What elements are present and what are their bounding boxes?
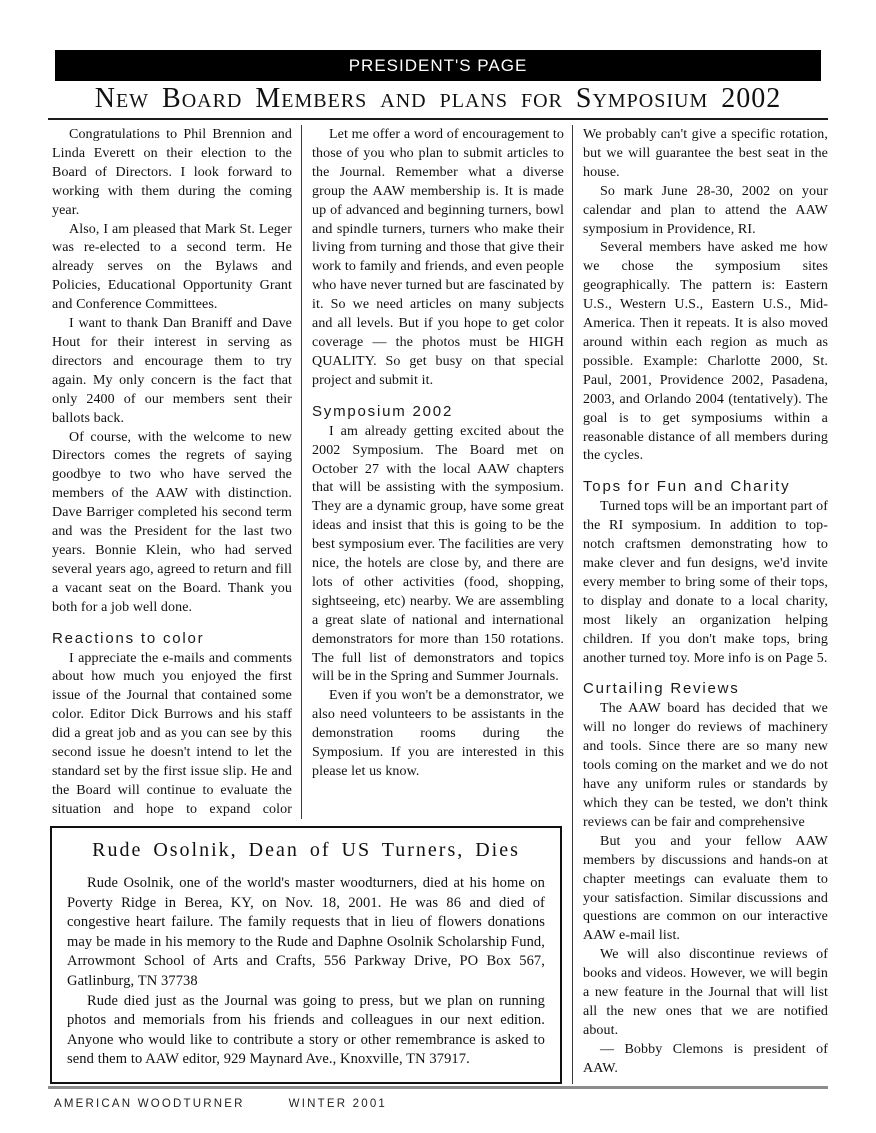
paragraph: But you and your fellow AAW members by d… [583,833,828,946]
paragraph: Even if you won't be a demonstrator, we … [312,687,564,782]
left-region: Congratulations to Phil Brennion and Lin… [48,125,572,1084]
paragraph: Of course, with the welcome to new Direc… [52,429,292,618]
paragraph: Several members have asked me how we cho… [583,239,828,466]
paragraph: Turned tops will be an important part of… [583,498,828,668]
issue-name: WINTER 2001 [289,1098,387,1110]
paragraph: Also, I am pleased that Mark St. Leger w… [52,221,292,316]
author-byline: — Bobby Clemons is president of AAW. [583,1041,828,1079]
paragraph: So mark June 28-30, 2002 on your calenda… [583,183,828,240]
presidents-page-banner: PRESIDENT'S PAGE [55,50,821,81]
paragraph: I appreciate the e-mails and comments ab… [52,650,292,819]
paragraph: Let me offer a word of encouragement to … [312,126,564,391]
section-heading-curtailing-reviews: Curtailing Reviews [583,680,828,697]
column-3: We probably can't give a specific rotati… [572,125,828,1084]
obituary-title: Rude Osolnik, Dean of US Turners, Dies [67,839,545,862]
paragraph: The AAW board has decided that we will n… [583,700,828,832]
section-heading-reactions-to-color: Reactions to color [52,630,292,647]
column-2: Let me offer a word of encouragement to … [302,125,572,819]
banner-title: PRESIDENT'S PAGE [349,56,528,76]
journal-name: AMERICAN WOODTURNER [54,1098,245,1110]
paragraph: We probably can't give a specific rotati… [583,126,828,183]
page-headline: New Board Members and plans for Symposiu… [48,81,828,120]
paragraph: We will also discontinue reviews of book… [583,946,828,1041]
journal-page: PRESIDENT'S PAGE New Board Members and p… [0,0,876,1133]
paragraph: Congratulations to Phil Brennion and Lin… [52,126,292,221]
paragraph: Rude Osolnik, one of the world's master … [67,874,545,992]
obituary-box: Rude Osolnik, Dean of US Turners, Dies R… [50,826,562,1084]
columns-1-2: Congratulations to Phil Brennion and Lin… [48,125,572,819]
page-footer: AMERICAN WOODTURNER WINTER 2001 [48,1089,828,1110]
column-1: Congratulations to Phil Brennion and Lin… [48,125,302,819]
section-heading-tops-for-fun-and-charity: Tops for Fun and Charity [583,478,828,495]
section-heading-symposium-2002: Symposium 2002 [312,403,564,420]
paragraph: I am already getting excited about the 2… [312,423,564,688]
paragraph: I want to thank Dan Braniff and Dave Hou… [52,315,292,428]
paragraph: Rude died just as the Journal was going … [67,992,545,1070]
article-body: Congratulations to Phil Brennion and Lin… [48,125,828,1084]
